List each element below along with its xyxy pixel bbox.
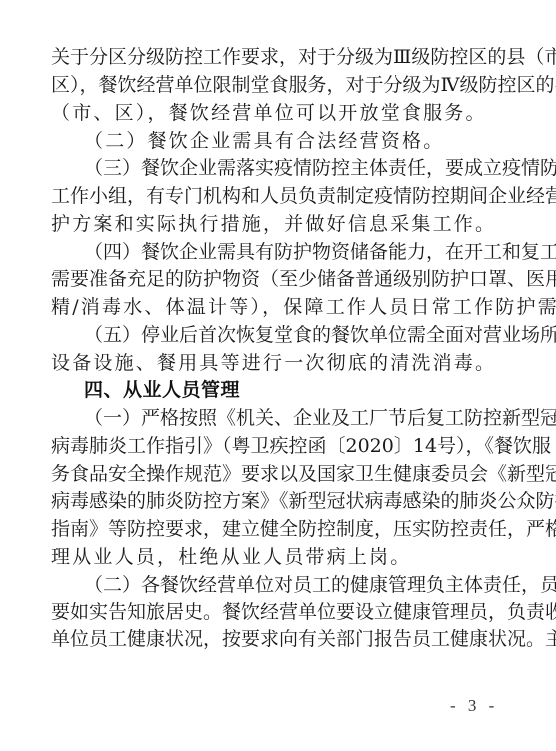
paragraph-line: 设备设施、餐用具等进行一次彻底的清洗消毒。 (51, 352, 500, 374)
paragraph-line: 理从业人员，杜绝从业人员带病上岗。 (51, 546, 500, 568)
paragraph-line: （五）停业后首次恢复堂食的餐饮单位需全面对营业场所、 (84, 324, 500, 346)
paragraph-line: 要如实告知旅居史。餐饮经营单位要设立健康管理员，负责收集 (51, 601, 500, 623)
paragraph-line: 病毒感染的肺炎防控方案》《新型冠状病毒感染的肺炎公众防护 (51, 490, 500, 512)
document-page: 关于分区分级防控工作要求，对于分级为Ⅲ级防控区的县（市、 区），餐饮经营单位限制… (0, 0, 556, 751)
page-number: - 3 - (450, 696, 498, 716)
paragraph-line: 区），餐饮经营单位限制堂食服务，对于分级为Ⅳ级防控区的县 (51, 74, 500, 96)
paragraph-line: （二）餐饮企业需具有合法经营资格。 (84, 130, 500, 152)
paragraph-line: 单位员工健康状况，按要求向有关部门报告员工健康状况。主动 (51, 628, 500, 650)
paragraph-line: （市、区），餐饮经营单位可以开放堂食服务。 (51, 102, 500, 124)
paragraph-line: 病毒肺炎工作指引》（粤卫疾控函〔2020〕14号），《餐饮服 (51, 435, 500, 457)
paragraph-line: 护方案和实际执行措施，并做好信息采集工作。 (51, 213, 500, 235)
paragraph-line: （一）严格按照《机关、企业及工厂节后复工防控新型冠状 (84, 407, 500, 429)
section-heading: 四、从业人员管理 (84, 379, 240, 401)
paragraph-line: （三）餐饮企业需落实疫情防控主体责任，要成立疫情防控 (84, 157, 500, 179)
paragraph-line: （二）各餐饮经营单位对员工的健康管理负主体责任，员工 (84, 574, 500, 596)
paragraph-line: 指南》等防控要求，建立健全防控制度，压实防控责任，严格管 (51, 518, 500, 540)
paragraph-line: 需要准备充足的防护物资（至少储备普通级别防护口罩、医用酒 (51, 268, 500, 290)
paragraph-line: 务食品安全操作规范》要求以及国家卫生健康委员会《新型冠状 (51, 463, 500, 485)
paragraph-line: 工作小组，有专门机构和人员负责制定疫情防控期间企业经营防 (51, 185, 500, 207)
paragraph-line: （四）餐饮企业需具有防护物资储备能力，在开工和复工前， (84, 241, 500, 263)
paragraph-line: 精/消毒水、体温计等），保障工作人员日常工作防护需求。 (51, 296, 500, 318)
paragraph-line: 关于分区分级防控工作要求，对于分级为Ⅲ级防控区的县（市、 (51, 46, 500, 68)
